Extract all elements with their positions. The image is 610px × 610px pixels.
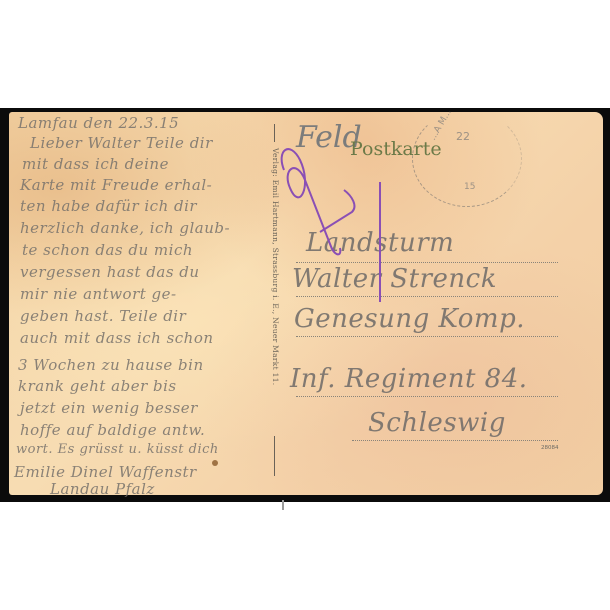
message-line: Landau Pfalz	[50, 480, 155, 498]
catalog-number: 28084	[541, 445, 559, 451]
postmark-day: 22	[456, 130, 470, 143]
message-line: mir nie antwort ge-	[20, 285, 177, 303]
message-line: Emilie Dinel Waffenstr	[14, 463, 197, 481]
message-line: wort. Es grüsst u. küsst dich	[16, 442, 219, 457]
address-rule	[296, 296, 558, 297]
stain	[212, 460, 218, 466]
address-line: Landsturm	[306, 228, 454, 258]
message-line: herzlich danke, ich glaub-	[20, 219, 230, 237]
message-line: Lamfau den 22.3.15	[18, 114, 179, 132]
message-line: Lieber Walter Teile dir	[30, 134, 213, 152]
message-line: krank geht aber bis	[18, 377, 177, 395]
message-line: te schon das du mich	[22, 241, 193, 259]
message-line: geben hast. Teile dir	[20, 307, 186, 325]
publisher-text: Verlag: Emil Hartmann, Strassburg i. E.,…	[271, 148, 280, 385]
publisher-imprint: Verlag: Emil Hartmann, Strassburg i. E.,…	[262, 148, 282, 448]
address-line: Genesung Komp.	[294, 304, 525, 334]
message-line: vergessen hast das du	[20, 263, 200, 281]
message-line: ten habe dafür ich dir	[20, 197, 197, 215]
address-rule	[296, 396, 558, 397]
postmark-year: 15	[464, 182, 475, 192]
message-line: auch mit dass ich schon	[20, 329, 214, 347]
message-line: Karte mit Freude erhal-	[20, 176, 212, 194]
message-line: jetzt ein wenig besser	[20, 399, 198, 417]
scan-artifact	[282, 500, 284, 510]
message-line: 3 Wochen zu hause bin	[18, 356, 204, 374]
address-rule	[296, 262, 558, 263]
address-line: Schleswig	[368, 408, 506, 438]
divider-tick	[274, 124, 275, 142]
postmark-circle	[412, 110, 522, 207]
message-line: mit dass ich deine	[22, 155, 169, 173]
address-rule	[296, 336, 558, 337]
message-line: hoffe auf baldige antw.	[20, 421, 205, 439]
address-line: Walter Strenck	[292, 264, 497, 294]
address-rule	[352, 440, 558, 441]
address-line: Inf. Regiment 84.	[290, 364, 528, 394]
